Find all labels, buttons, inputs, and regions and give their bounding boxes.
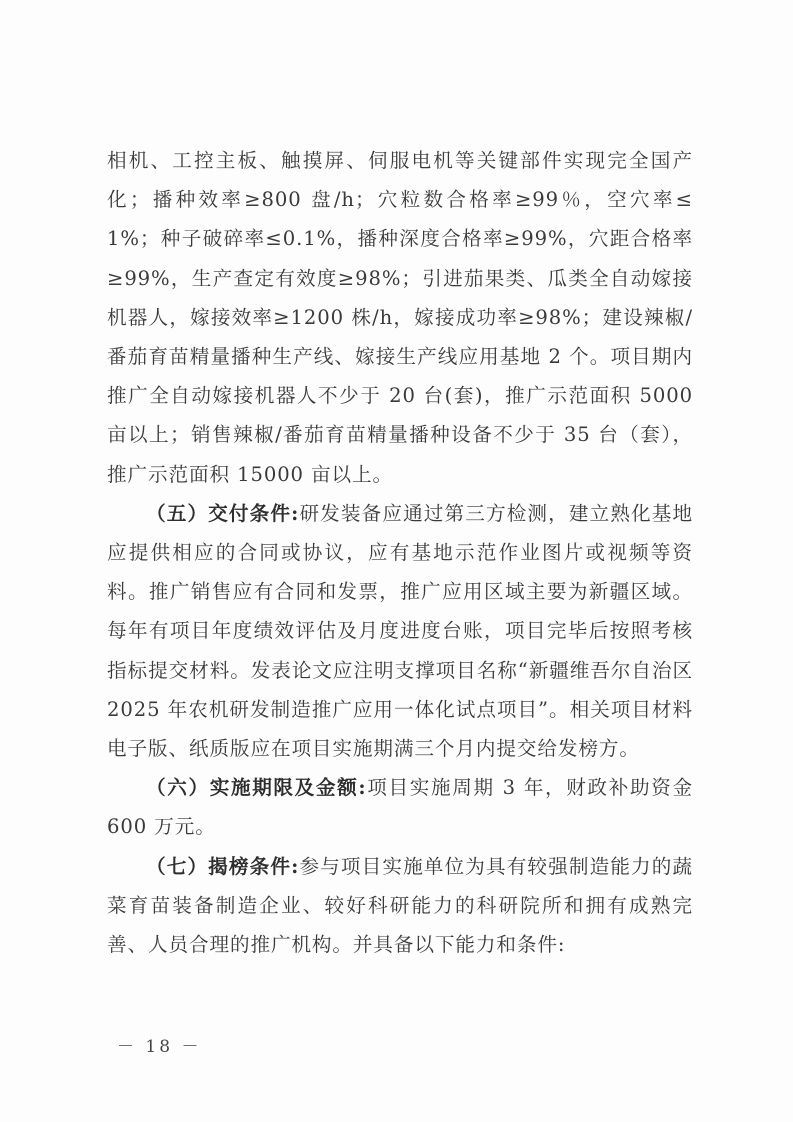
page-number: － 18 － xyxy=(117,1032,201,1057)
section-label-delivery-conditions: （五）交付条件: xyxy=(146,502,299,525)
paragraph-delivery-conditions: （五）交付条件:研发装备应通过第三方检测，建立熟化基地应提供相应的合同或协议，应… xyxy=(107,494,693,768)
paragraph-targets-continued: 相机、工控主板、触摸屏、伺服电机等关键部件实现完全国产化；播种效率≥800 盘/… xyxy=(107,141,693,494)
paragraph-text: 相机、工控主板、触摸屏、伺服电机等关键部件实现完全国产化；播种效率≥800 盘/… xyxy=(107,149,693,486)
section-label-bidding-conditions: （七）揭榜条件: xyxy=(146,855,299,878)
section-label-period-and-amount: （六）实施期限及金额: xyxy=(146,776,367,799)
paragraph-bidding-conditions: （七）揭榜条件:参与项目实施单位为具有较强制造能力的蔬菜育苗装备制造企业、较好科… xyxy=(107,847,693,965)
paragraph-period-and-amount: （六）实施期限及金额:项目实施周期 3 年，财政补助资金 600 万元。 xyxy=(107,768,693,846)
document-page: 相机、工控主板、触摸屏、伺服电机等关键部件实现完全国产化；播种效率≥800 盘/… xyxy=(0,0,793,1122)
paragraph-text: 研发装备应通过第三方检测，建立熟化基地应提供相应的合同或协议，应有基地示范作业图… xyxy=(107,502,693,760)
document-body: 相机、工控主板、触摸屏、伺服电机等关键部件实现完全国产化；播种效率≥800 盘/… xyxy=(107,141,693,964)
